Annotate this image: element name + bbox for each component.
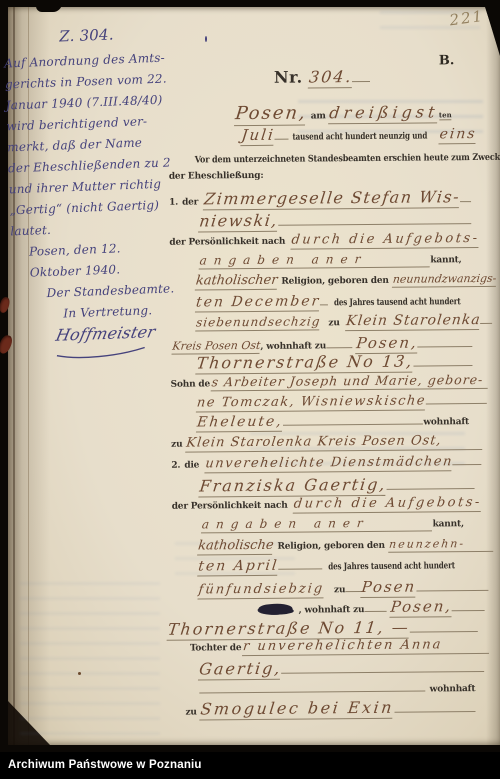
bride-identity-row: der Persönlichkeit nach durch die Aufgeb…	[172, 495, 477, 515]
bride-occupation: unverehelichte Dienstmädchen	[204, 454, 453, 473]
day-suffix: ten	[439, 110, 452, 120]
intro-row-1: Vor dem unterzeichneten Standesbeamten e…	[195, 153, 500, 166]
year-label: des Jahres tausend acht hundert	[328, 561, 455, 572]
zu-label: zu	[334, 585, 345, 595]
bride-parents-residence: Smogulec bei Exin	[200, 698, 396, 721]
kannt-label: kannt,	[433, 519, 464, 529]
official-signature: Hoffmeister	[54, 321, 158, 346]
groom-birth-row-2: ten December des Jahres tausend acht hun…	[196, 292, 486, 313]
year-label: des Jahres tausend acht hundert	[334, 297, 461, 308]
groom-religion: katholischer	[195, 273, 279, 291]
record-year-written: eins	[438, 126, 477, 144]
bride-identity-row-2: angaben aner kannt,	[202, 515, 464, 533]
ruled-line	[283, 412, 424, 425]
archive-name: Archiwum Państwowe w Poznaniu	[8, 752, 500, 779]
bride-parents-entry-1: r unverehelichten Anna	[242, 637, 490, 656]
groom-article: der	[182, 197, 198, 207]
sohn-de-label: Sohn de	[171, 379, 210, 389]
groom-parents-row-3: Eheleute, wohnhaft	[197, 412, 469, 432]
ruled-line	[352, 70, 370, 82]
record-day: dreißigst	[328, 102, 440, 124]
groom-birth-year: siebenundsechzig	[195, 314, 321, 331]
section-letter: B.	[439, 53, 455, 68]
bride-identity-entry-2: angaben aner	[201, 515, 434, 533]
ruled-line	[480, 312, 492, 324]
bride-birth-day: neunzehn-	[388, 537, 495, 553]
record-place: Posen,	[234, 102, 308, 126]
intro-line-1: Vor dem unterzeichneten Standesbeamten e…	[195, 153, 500, 166]
ruled-line	[278, 212, 471, 226]
margin-note-place-date: Posen, den 12. Oktober 1940.	[29, 236, 176, 283]
groom-parents-residence: Klein Starolenka Kreis Posen Ost,	[185, 433, 484, 453]
ruled-line	[278, 557, 322, 569]
wohnhaft-zu-label: , wohnhaft zu	[299, 605, 365, 616]
date-row-1: Posen, am dreißigst ten	[235, 101, 463, 126]
identity-label: der Persönlichkeit nach	[169, 237, 285, 248]
groom-birth-day: neunundzwanzigs-	[392, 272, 497, 288]
bride-wohnhaft-row: wohnhaft	[199, 679, 475, 696]
groom-parents-entry-3: Eheleute,	[196, 414, 284, 433]
archive-watermark-bar: Archiwum Państwowe w Poznaniu	[0, 752, 500, 779]
groom-parents-entry-2: ne Tomczak, Wisniewskische	[196, 393, 427, 412]
groom-parents-row-2: ne Tomczak, Wisniewskische	[197, 392, 487, 413]
ruled-line	[416, 579, 488, 592]
groom-birth-place: Klein Starolenka	[345, 312, 482, 331]
ruled-line	[394, 700, 475, 713]
groom-identity-entry: durch die Aufgebots-	[290, 231, 480, 250]
bride-mother-surname: Gaertig,	[198, 659, 283, 681]
groom-birth-month: ten December	[195, 293, 321, 312]
groom-birth-year-row: siebenundsechzig zu Klein Starolenka	[196, 312, 492, 333]
groom-religion-row: katholischer Religion, geboren den neunu…	[196, 271, 492, 291]
ruled-line	[413, 354, 472, 367]
bride-name: Franziska Gaertig,	[198, 475, 387, 498]
groom-surname: niewski,	[198, 211, 279, 233]
bride-parents-row-2: Gaertig,	[199, 657, 484, 680]
bride-birth-place: Posen	[360, 578, 417, 598]
ruled-line	[410, 620, 478, 633]
bride-residence-row: , wohnhaft zu Posen,	[259, 597, 485, 619]
bride-parents-row-1: Tochter de r unverehelichten Anna	[190, 637, 490, 657]
ruled-line	[281, 660, 484, 674]
date-row-2: Juli tausend acht hundert neunzig und ei…	[241, 124, 481, 146]
wohnhaft-label: wohnhaft	[423, 417, 469, 427]
record-month: Juli	[240, 126, 276, 146]
bride-identity-entry: durch die Aufgebots-	[293, 495, 483, 514]
bride-article: die	[184, 460, 199, 470]
bride-name-row-2: Franziska Gaertig,	[199, 474, 474, 497]
groom-occupation-name: Zimmergeselle Stefan Wis-	[203, 187, 461, 210]
record-number-value: 304.	[307, 67, 353, 88]
groom-name-row-2: niewski,	[199, 209, 471, 232]
groom-name-row-1: 1. der Zimmergeselle Stefan Wis-	[169, 187, 471, 211]
bride-birth-month: ten April	[197, 558, 279, 577]
margin-correction-note: Z. 304. Auf Anordnung des Amts- gerichts…	[3, 22, 179, 361]
ruled-line	[460, 190, 471, 202]
bride-birth-year: fünfundsiebzig	[197, 581, 325, 599]
intro-line-2: der Eheschließung:	[169, 171, 264, 182]
religion-label: Religion, geboren den	[281, 276, 388, 287]
bride-religion: katholische	[197, 538, 274, 556]
groom-parents-entry-1: s Arbeiter Joseph und Marie, gebore-	[211, 372, 490, 391]
ruled-line	[326, 336, 352, 348]
ink-blot	[258, 602, 293, 615]
bride-birth-year-row: fünfundsiebzig zu Posen	[198, 577, 488, 600]
ruled-line	[199, 679, 425, 693]
groom-parents-row-1: Sohn de s Arbeiter Joseph und Marie, geb…	[171, 372, 489, 392]
am-label: am	[311, 111, 326, 121]
ruled-line	[275, 128, 289, 140]
bride-parents-residence-row: zu Smogulec bei Exin	[185, 697, 475, 721]
bride-name-row-1: 2. die unverehelichte Dienstmädchen	[171, 453, 481, 474]
kannt-label: kannt,	[430, 255, 461, 265]
page-number: 221	[448, 7, 485, 29]
ruled-line	[452, 599, 485, 611]
groom-index: 1.	[169, 198, 178, 208]
ruled-line	[426, 392, 487, 405]
groom-parents-residence-row: zu Klein Starolenka Kreis Posen Ost,	[171, 433, 483, 453]
nr-label: Nr.	[274, 68, 303, 87]
religion-label: Religion, geboren den	[277, 541, 384, 552]
intro-row-2: der Eheschließung:	[169, 171, 264, 182]
zu-label: zu	[171, 440, 182, 450]
ruled-line	[417, 335, 472, 347]
groom-identity-row: der Persönlichkeit nach durch die Aufgeb…	[169, 231, 474, 251]
bride-birth-row-2: ten April des Jahres tausend acht hunder…	[198, 556, 488, 577]
groom-identity-row-2: angaben aner kannt,	[199, 251, 461, 269]
bride-religion-row: katholische Religion, geboren den neunze…	[198, 536, 494, 556]
groom-identity-entry-2: angaben aner	[199, 251, 432, 269]
wohnhaft-zu-label: , wohnhaft zu	[260, 341, 326, 352]
zu-label: zu	[328, 318, 339, 328]
ruled-line	[386, 477, 474, 490]
groom-street-row: Thornerstraße No 13,	[196, 351, 472, 374]
wohnhaft-label: wohnhaft	[430, 684, 476, 694]
ruled-line	[453, 453, 482, 465]
groom-street: Thornerstraße No 13,	[195, 352, 414, 375]
zu-label: zu	[185, 707, 196, 717]
year-printed-label: tausend acht hundert neunzig und	[293, 131, 428, 142]
identity-label: der Persönlichkeit nach	[172, 501, 288, 512]
tochter-de-label: Tochter de	[190, 643, 242, 653]
bride-residence: Posen,	[389, 597, 453, 618]
ruled-line	[364, 600, 386, 612]
margin-note-reference: Z. 304.	[59, 22, 168, 47]
record-number-row: Nr. 304.	[274, 67, 374, 89]
ruled-line	[320, 293, 328, 305]
bride-index: 2.	[171, 461, 180, 471]
ruled-line	[345, 580, 361, 592]
